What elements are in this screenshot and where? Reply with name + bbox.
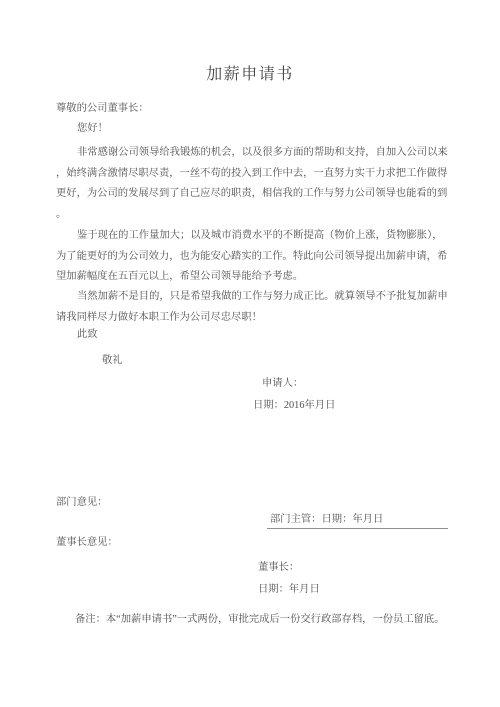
dept-opinion-label: 部门意见：: [56, 496, 107, 509]
paragraph-1-line-3: 更好，为公司的发展尽到了自己应尽的职责，相信我的工作与努力公司领导也能看的到: [56, 184, 456, 205]
paragraph-1-line-1: 非常感谢公司领导给我锻炼的机会，以及很多方面的帮助和支持，自加入公司以来: [56, 143, 456, 164]
paragraph-3-line-2: 请我同样尽力做好本职工作为公司尽忠尽职！: [56, 308, 456, 329]
chairman-date-line: 日期：年月日: [258, 583, 320, 596]
salutation: 尊敬的公司董事长：: [56, 102, 149, 115]
paragraph-1: 非常感谢公司领导给我锻炼的机会，以及很多方面的帮助和支持，自加入公司以来 ，始终…: [56, 143, 456, 225]
paragraph-2-line-3: 望加薪幅度在五百元以上，希望公司领导能给予考虑。: [56, 267, 456, 288]
document-title: 加薪申请书: [0, 61, 500, 84]
footnote: 备注：本“加薪申请书”一式两份，审批完成后一份交行政部存档，一份员工留底。: [75, 613, 445, 626]
chairman-label: 董事长：: [258, 561, 299, 574]
chairman-opinion-label: 董事长意见：: [56, 536, 118, 549]
document-page: 加薪申请书 尊敬的公司董事长： 您好！ 非常感谢公司领导给我锻炼的机会，以及很多…: [0, 0, 500, 707]
paragraph-3-line-1: 当然加薪不是目的，只是希望我做的工作与努力成正比。就算领导不予批复加薪申: [56, 287, 456, 308]
greeting: 您好！: [77, 122, 108, 135]
dept-head-signature-line: 部门主管：日期：年月日: [267, 513, 448, 529]
applicant-label: 申请人：: [262, 377, 303, 390]
paragraph-2-line-2: 为了能更好的为公司效力，也为能安心踏实的工作。特此向公司领导提出加薪申请，希: [56, 247, 456, 268]
closing-salute: 敬礼: [102, 354, 123, 367]
paragraph-2-line-1: 鉴于现在的工作量加大；以及城市消费水平的不断提高（物价上涨，货物膨胀），: [56, 226, 456, 247]
closing-respectfully: 此致: [77, 328, 98, 341]
applicant-date-line: 日期：2016年月日: [253, 399, 335, 412]
paragraph-1-line-4: 。: [56, 205, 456, 226]
paragraph-2: 鉴于现在的工作量加大；以及城市消费水平的不断提高（物价上涨，货物膨胀）， 为了能…: [56, 226, 456, 288]
paragraph-1-line-2: ，始终满含激情尽职尽责，一丝不苟的投入到工作中去，一直努力实干力求把工作做得: [56, 164, 456, 185]
paragraph-3: 当然加薪不是目的，只是希望我做的工作与努力成正比。就算领导不予批复加薪申 请我同…: [56, 287, 456, 328]
